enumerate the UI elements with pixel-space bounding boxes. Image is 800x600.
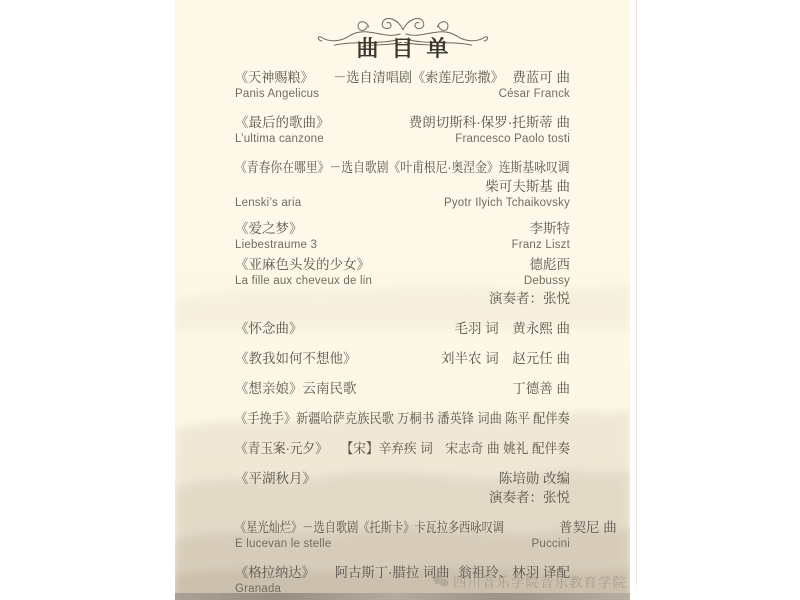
program-entry: 《天神赐粮》 －选自清唱剧《索莲尼弥撒》费蓝可 曲Panis Angelicus… [235, 68, 570, 102]
program-entry: 《最后的歌曲》费朗切斯科·保罗·托斯蒂 曲L’ultima canzoneFra… [235, 113, 570, 147]
entry-right-text: 德彪西 [530, 255, 571, 274]
entry-row: L’ultima canzoneFrancesco Paolo tosti [235, 132, 570, 147]
entry-left-text: Lenski’s aria [235, 196, 301, 211]
entry-right-text: Debussy [524, 274, 570, 289]
entry-right-text: 刘半农 词 赵元任 曲 [441, 349, 570, 368]
program-entry: 《青玉案·元夕》 【宋】辛弃疾 词 宋志奇 曲 姚礼 配伴奏 [235, 439, 570, 458]
entry-row: Lenski’s ariaPyotr Ilyich Tchaikovsky [235, 196, 570, 211]
entry-right-text: 柴可夫斯基 曲 [485, 177, 570, 196]
program-entry: 《青春你在哪里》－选自歌剧《叶甫根尼·奥涅金》连斯基咏叹调柴可夫斯基 曲Lens… [235, 158, 570, 211]
entry-row: 《最后的歌曲》费朗切斯科·保罗·托斯蒂 曲 [235, 113, 570, 132]
program-page: 曲目单 《天神赐粮》 －选自清唱剧《索莲尼弥撒》费蓝可 曲Panis Angel… [175, 0, 630, 600]
entry-left-text: 《星光灿烂》－选自歌剧《托斯卡》卡瓦拉多西咏叹调 [235, 518, 504, 537]
entry-row: 《青玉案·元夕》 【宋】辛弃疾 词 宋志奇 曲 姚礼 配伴奏 [235, 439, 570, 458]
entry-left-text: 《亚麻色头发的少女》 [235, 255, 370, 274]
watermark-text: 四川音乐学院音乐教育学院 [453, 571, 627, 591]
program-entry: 《爱之梦》李斯特Liebestraume 3Franz Liszt [235, 219, 570, 253]
entry-right-text: 丁德善 曲 [512, 379, 570, 398]
entry-row: 《爱之梦》李斯特 [235, 219, 570, 238]
program-entry: 《手挽手》新疆哈萨克族民歌 万桐书 潘英锋 词曲 陈平 配伴奏 [235, 409, 570, 428]
entry-row: 《怀念曲》毛羽 词 黄永熙 曲 [235, 319, 570, 338]
entry-row: 《星光灿烂》－选自歌剧《托斯卡》卡瓦拉多西咏叹调普契尼 曲 [235, 518, 570, 537]
entry-row: 《平湖秋月》陈培勋 改编 [235, 469, 570, 488]
entry-row: Panis AngelicusCésar Franck [235, 87, 570, 102]
entry-right-text: Francesco Paolo tosti [455, 132, 570, 147]
entry-left-text: E lucevan le stelle [235, 537, 332, 552]
entry-row: 《天神赐粮》 －选自清唱剧《索莲尼弥撒》费蓝可 曲 [235, 68, 570, 87]
entry-row: E lucevan le stellePuccini [235, 537, 570, 552]
entry-left-text: 《怀念曲》 [235, 319, 303, 338]
entry-right-text: 演奏者：张悦 [489, 488, 570, 507]
entry-left-text: 《青玉案·元夕》 【宋】辛弃疾 词 宋志奇 曲 姚礼 配伴奏 [235, 439, 570, 458]
program-entry: 《想亲娘》云南民歌丁德善 曲 [235, 379, 570, 398]
entry-right-text: 费朗切斯科·保罗·托斯蒂 曲 [409, 113, 570, 132]
entry-left-text: La fille aux cheveux de lin [235, 274, 372, 289]
entry-left-text: Liebestraume 3 [235, 238, 317, 253]
entry-left-text: 《格拉纳达》 阿古斯丁·腊拉 词曲 [235, 563, 450, 582]
entry-left-text: L’ultima canzone [235, 132, 324, 147]
entry-row: 《青春你在哪里》－选自歌剧《叶甫根尼·奥涅金》连斯基咏叹调 [235, 158, 570, 177]
entry-left-text: 《青春你在哪里》－选自歌剧《叶甫根尼·奥涅金》连斯基咏叹调 [235, 158, 570, 177]
entry-right-text: Pyotr Ilyich Tchaikovsky [444, 196, 570, 211]
entry-row: 演奏者：张悦 [235, 488, 570, 507]
photo-bottom-strip [175, 593, 630, 600]
entry-row: 《教我如何不想他》刘半农 词 赵元任 曲 [235, 349, 570, 368]
entry-row: 《亚麻色头发的少女》德彪西 [235, 255, 570, 274]
entry-row: Liebestraume 3Franz Liszt [235, 238, 570, 253]
entry-right-text: 毛羽 词 黄永熙 曲 [454, 319, 570, 338]
entry-left-text: 《教我如何不想他》 [235, 349, 357, 368]
entry-right-text: 演奏者：张悦 [489, 289, 570, 308]
entry-left-text: 《最后的歌曲》 [235, 113, 330, 132]
program-list: 《天神赐粮》 －选自清唱剧《索莲尼弥撒》费蓝可 曲Panis Angelicus… [235, 68, 570, 597]
entry-right-text: Franz Liszt [512, 238, 570, 253]
page-title: 曲目单 [175, 32, 630, 63]
entry-right-text: 陈培勋 改编 [499, 469, 570, 488]
entry-right-text: César Franck [499, 87, 570, 102]
entry-left-text: 《想亲娘》云南民歌 [235, 379, 357, 398]
page-edge-line [636, 0, 637, 585]
program-entry: 《亚麻色头发的少女》德彪西La fille aux cheveux de lin… [235, 255, 570, 308]
entry-left-text: Panis Angelicus [235, 87, 319, 102]
entry-left-text: 《天神赐粮》 －选自清唱剧《索莲尼弥撒》 [235, 68, 504, 87]
wechat-icon [433, 574, 449, 588]
entry-row: 演奏者：张悦 [235, 289, 570, 308]
entry-right-text: 费蓝可 曲 [512, 68, 570, 87]
entry-left-text: 《平湖秋月》 [235, 469, 316, 488]
watermark: 四川音乐学院音乐教育学院 [433, 571, 627, 591]
entry-right-text: 普契尼 曲 [559, 518, 617, 537]
screenshot-stage: 曲目单 《天神赐粮》 －选自清唱剧《索莲尼弥撒》费蓝可 曲Panis Angel… [0, 0, 800, 600]
program-entry: 《平湖秋月》陈培勋 改编演奏者：张悦 [235, 469, 570, 507]
entry-row: La fille aux cheveux de linDebussy [235, 274, 570, 289]
entry-right-text: 李斯特 [530, 219, 571, 238]
entry-left-text: 《爱之梦》 [235, 219, 303, 238]
entry-row: 《想亲娘》云南民歌丁德善 曲 [235, 379, 570, 398]
program-entry: 《教我如何不想他》刘半农 词 赵元任 曲 [235, 349, 570, 368]
entry-left-text: 《手挽手》新疆哈萨克族民歌 万桐书 潘英锋 词曲 陈平 配伴奏 [235, 409, 570, 428]
entry-right-text: Puccini [532, 537, 570, 552]
entry-row: 《手挽手》新疆哈萨克族民歌 万桐书 潘英锋 词曲 陈平 配伴奏 [235, 409, 570, 428]
entry-row: 柴可夫斯基 曲 [235, 177, 570, 196]
program-entry: 《星光灿烂》－选自歌剧《托斯卡》卡瓦拉多西咏叹调普契尼 曲E lucevan l… [235, 518, 570, 552]
program-entry: 《怀念曲》毛羽 词 黄永熙 曲 [235, 319, 570, 338]
